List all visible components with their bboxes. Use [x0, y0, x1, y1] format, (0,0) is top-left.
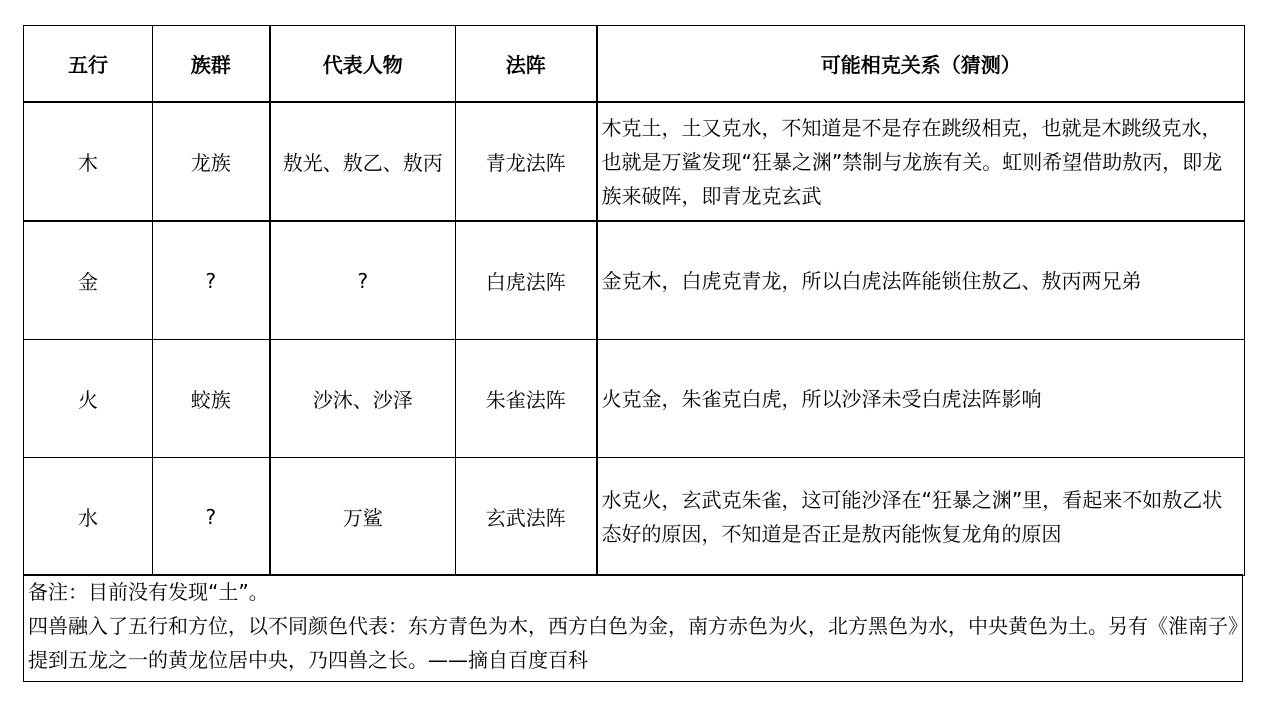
header-figures: 代表人物: [270, 26, 456, 103]
table-row: 火 蛟族 沙沐、沙泽 朱雀法阵 火克金，朱雀克白虎，所以沙泽未受白虎法阵影响: [24, 340, 1245, 458]
cell-clan: 龙族: [153, 102, 270, 221]
cell-figures: 万鲨: [270, 458, 456, 576]
cell-element: 水: [24, 458, 153, 576]
table-row: 水 ? 万鲨 玄武法阵 水克火，玄武克朱雀，这可能沙泽在“狂暴之渊”里，看起来不…: [24, 458, 1245, 576]
cell-element: 火: [24, 340, 153, 458]
header-relation: 可能相克关系（猜测）: [597, 26, 1245, 103]
five-elements-table: 五行 族群 代表人物 法阵 可能相克关系（猜测） 木 龙族 敖光、敖乙、敖丙 青…: [23, 25, 1245, 576]
cell-formation: 青龙法阵: [456, 102, 597, 221]
header-formation: 法阵: [456, 26, 597, 103]
cell-relation: 木克土，土又克水，不知道是不是存在跳级相克，也就是木跳级克水，也就是万鲨发现“狂…: [597, 102, 1245, 221]
remarks-line-2: 四兽融入了五行和方位，以不同颜色代表：东方青色为木，西方白色为金，南方赤色为火，…: [28, 609, 1238, 677]
cell-relation: 水克火，玄武克朱雀，这可能沙泽在“狂暴之渊”里，看起来不如敖乙状态好的原因，不知…: [597, 458, 1245, 576]
cell-figures: 敖光、敖乙、敖丙: [270, 102, 456, 221]
five-elements-sheet: 五行 族群 代表人物 法阵 可能相克关系（猜测） 木 龙族 敖光、敖乙、敖丙 青…: [23, 25, 1245, 684]
cell-clan: ?: [153, 221, 270, 340]
cell-relation: 金克木，白虎克青龙，所以白虎法阵能锁住敖乙、敖丙两兄弟: [597, 221, 1245, 340]
remarks-note: 备注：目前没有发现“土”。 四兽融入了五行和方位，以不同颜色代表：东方青色为木，…: [23, 574, 1243, 682]
table-header-row: 五行 族群 代表人物 法阵 可能相克关系（猜测）: [24, 26, 1245, 103]
remarks-line-1: 备注：目前没有发现“土”。: [28, 575, 1238, 609]
cell-element: 金: [24, 221, 153, 340]
table-row: 金 ? ? 白虎法阵 金克木，白虎克青龙，所以白虎法阵能锁住敖乙、敖丙两兄弟: [24, 221, 1245, 340]
cell-formation: 玄武法阵: [456, 458, 597, 576]
cell-clan: ?: [153, 458, 270, 576]
header-element: 五行: [24, 26, 153, 103]
cell-formation: 白虎法阵: [456, 221, 597, 340]
header-clan: 族群: [153, 26, 270, 103]
cell-clan: 蛟族: [153, 340, 270, 458]
cell-figures: 沙沐、沙泽: [270, 340, 456, 458]
cell-relation: 火克金，朱雀克白虎，所以沙泽未受白虎法阵影响: [597, 340, 1245, 458]
cell-figures: ?: [270, 221, 456, 340]
cell-formation: 朱雀法阵: [456, 340, 597, 458]
table-row: 木 龙族 敖光、敖乙、敖丙 青龙法阵 木克土，土又克水，不知道是不是存在跳级相克…: [24, 102, 1245, 221]
cell-element: 木: [24, 102, 153, 221]
